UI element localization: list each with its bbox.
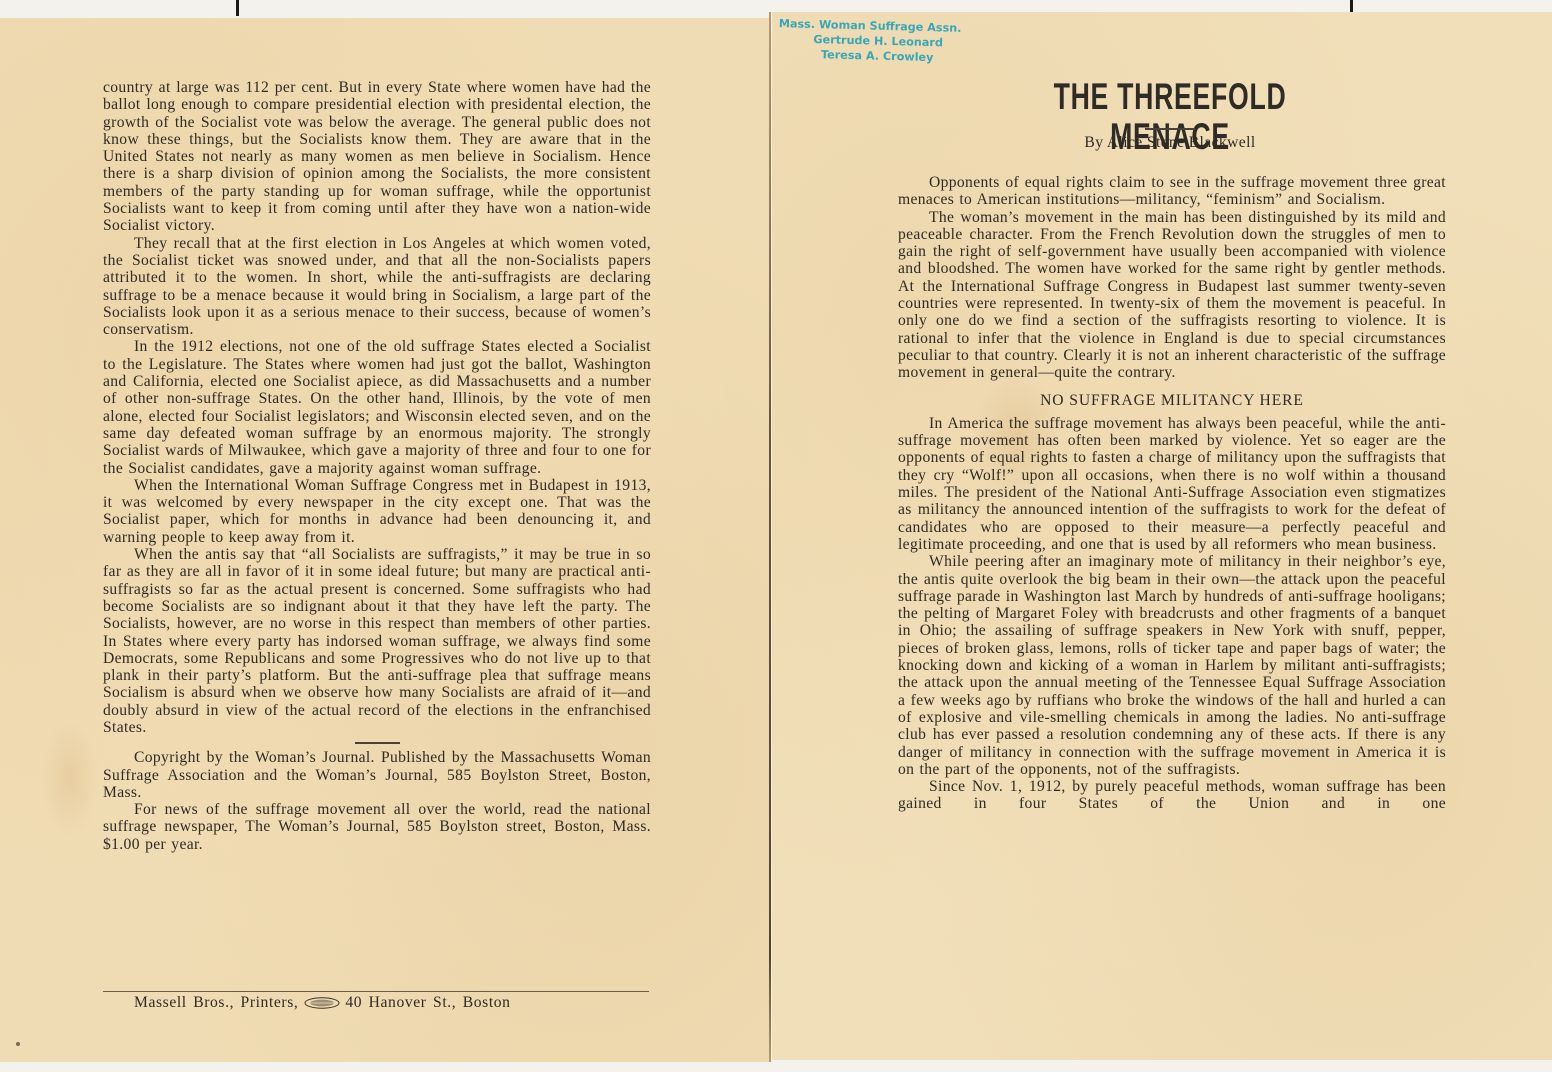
body-paragraph: When the antis say that “all Socialists …: [103, 546, 651, 736]
body-paragraph: When the International Woman Suffrage Co…: [103, 477, 651, 546]
printer-name: Massell Bros., Printers,: [134, 994, 298, 1012]
title-divider: [1145, 128, 1195, 130]
body-paragraph: In the 1912 elections, not one of the ol…: [103, 338, 651, 476]
union-label-bug-icon: [304, 997, 340, 1009]
body-paragraph: In America the suffrage movement has alw…: [898, 415, 1446, 553]
body-paragraph: Opponents of equal rights claim to see i…: [898, 174, 1446, 209]
scanned-pamphlet-spread: country at large was 112 per cent. But i…: [0, 0, 1552, 1072]
subscription-note: For news of the suffrage movement all ov…: [103, 801, 651, 853]
page-fold: [769, 12, 771, 1062]
copyright-note: Copyright by the Woman’s Journal. Publis…: [103, 749, 651, 801]
paper-speck: [16, 1042, 20, 1046]
author-byline: By Alice Stone Blackwell: [1020, 134, 1320, 152]
body-paragraph: They recall that at the first election i…: [103, 235, 651, 339]
right-page-body: Opponents of equal rights claim to see i…: [898, 174, 1446, 813]
paper-stain: [40, 718, 100, 838]
left-page-body: country at large was 112 per cent. But i…: [103, 79, 651, 853]
body-paragraph: Since Nov. 1, 1912, by purely peaceful m…: [898, 778, 1446, 813]
printer-imprint: Massell Bros., Printers, 40 Hanover St.,…: [103, 994, 649, 1012]
body-paragraph: The woman’s movement in the main has bee…: [898, 209, 1446, 382]
body-paragraph: country at large was 112 per cent. But i…: [103, 79, 651, 235]
scan-edge-mark: [236, 0, 239, 16]
section-divider: [355, 742, 400, 744]
ownership-stamp: Mass. Woman Suffrage Assn. Gertrude H. L…: [775, 16, 962, 66]
imprint-divider: [103, 991, 649, 992]
printer-address: 40 Hanover St., Boston: [345, 994, 510, 1012]
body-paragraph: While peering after an imaginary mote of…: [898, 553, 1446, 778]
section-heading: NO SUFFRAGE MILITANCY HERE: [898, 392, 1446, 409]
